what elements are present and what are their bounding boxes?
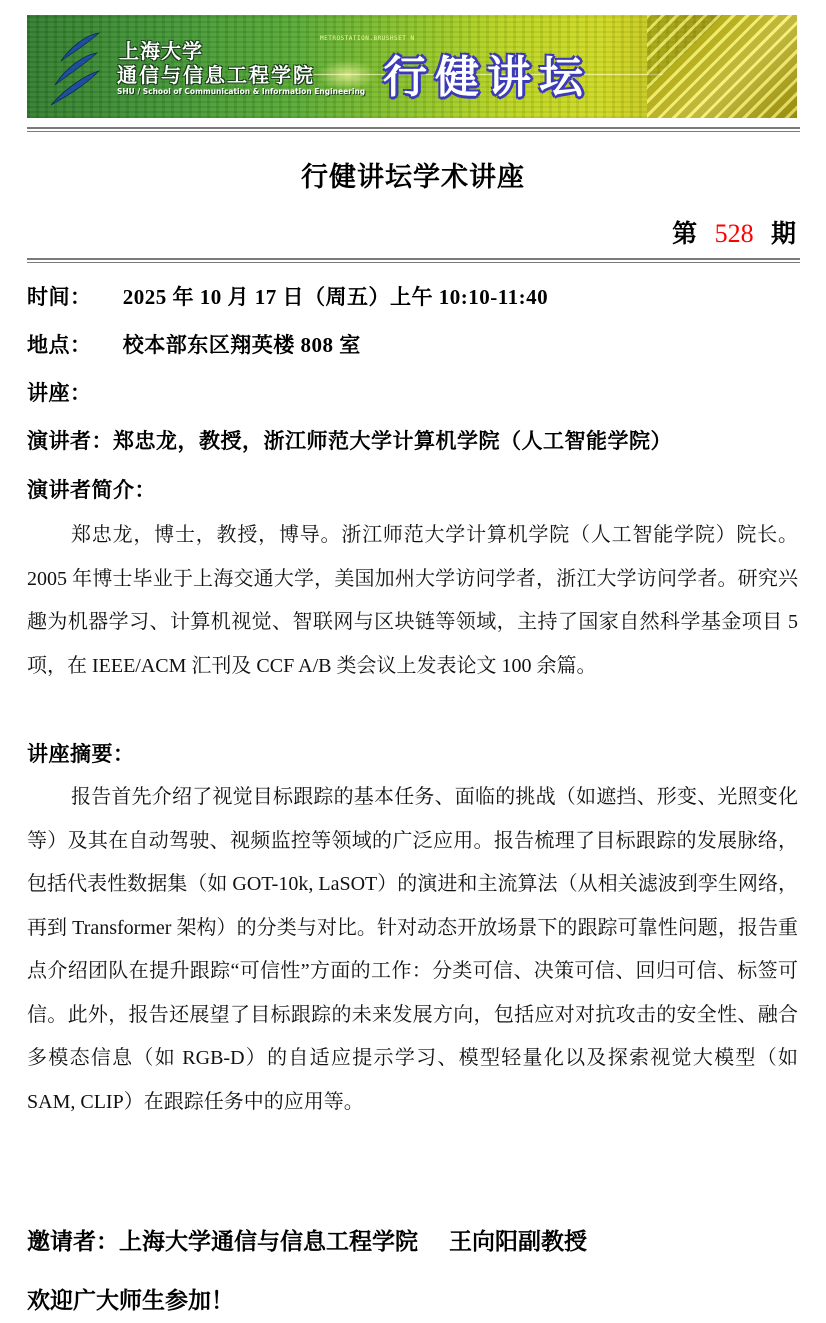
time-label: 时间： <box>27 284 92 309</box>
issue-prefix: 第 <box>672 219 697 248</box>
lecture-row: 讲座： <box>27 377 92 407</box>
place-row: 地点： 校本部东区翔英楼 808 室 <box>27 329 361 359</box>
forum-title: 行健讲坛 <box>383 41 591 105</box>
place-label: 地点： <box>27 332 92 357</box>
issue-number-value: 528 <box>715 219 754 248</box>
school-name-en: SHU / School of Communication & Informat… <box>117 87 365 96</box>
shu-logo-icon <box>47 27 107 107</box>
speaker-value: 郑忠龙，教授，浙江师范大学计算机学院（人工智能学院） <box>113 428 672 453</box>
issue-number: 第 528 期 <box>672 214 796 250</box>
bio-heading: 演讲者简介： <box>27 474 156 504</box>
speaker-row: 演讲者：郑忠龙，教授，浙江师范大学计算机学院（人工智能学院） <box>27 425 672 455</box>
time-value: 2025 年 10 月 17 日（周五）上午 10:10-11:40 <box>123 285 548 309</box>
abstract-heading: 讲座摘要： <box>27 738 135 768</box>
welcome-line: 欢迎广大师生参加！ <box>27 1282 234 1315</box>
lecture-abstract: 报告首先介绍了视觉目标跟踪的基本任务、面临的挑战（如遮挡、形变、光照变化等）及其… <box>27 776 798 1124</box>
banner-glow <box>317 60 377 90</box>
divider-mid-2 <box>27 262 800 263</box>
inviter-line: 邀请者：上海大学通信与信息工程学院 王向阳副教授 <box>27 1223 587 1256</box>
antenna-tower-image <box>647 15 797 118</box>
lecture-label: 讲座： <box>27 380 92 405</box>
time-row: 时间： 2025 年 10 月 17 日（周五）上午 10:10-11:40 <box>27 281 548 311</box>
school-name-cn-line2: 通信与信息工程学院 <box>117 59 315 88</box>
page-title: 行健讲坛学术讲座 <box>0 155 826 194</box>
divider-top-1 <box>27 127 800 129</box>
divider-mid-1 <box>27 258 800 260</box>
place-value: 校本部东区翔英楼 808 室 <box>123 333 361 357</box>
header-banner: 上海大学 通信与信息工程学院 SHU / School of Communica… <box>27 15 797 118</box>
speaker-bio: 郑忠龙，博士，教授，博导。浙江师范大学计算机学院（人工智能学院）院长。2005 … <box>27 514 798 688</box>
speaker-label: 演讲者： <box>27 428 113 453</box>
issue-suffix: 期 <box>771 219 796 248</box>
divider-top-2 <box>27 131 800 132</box>
